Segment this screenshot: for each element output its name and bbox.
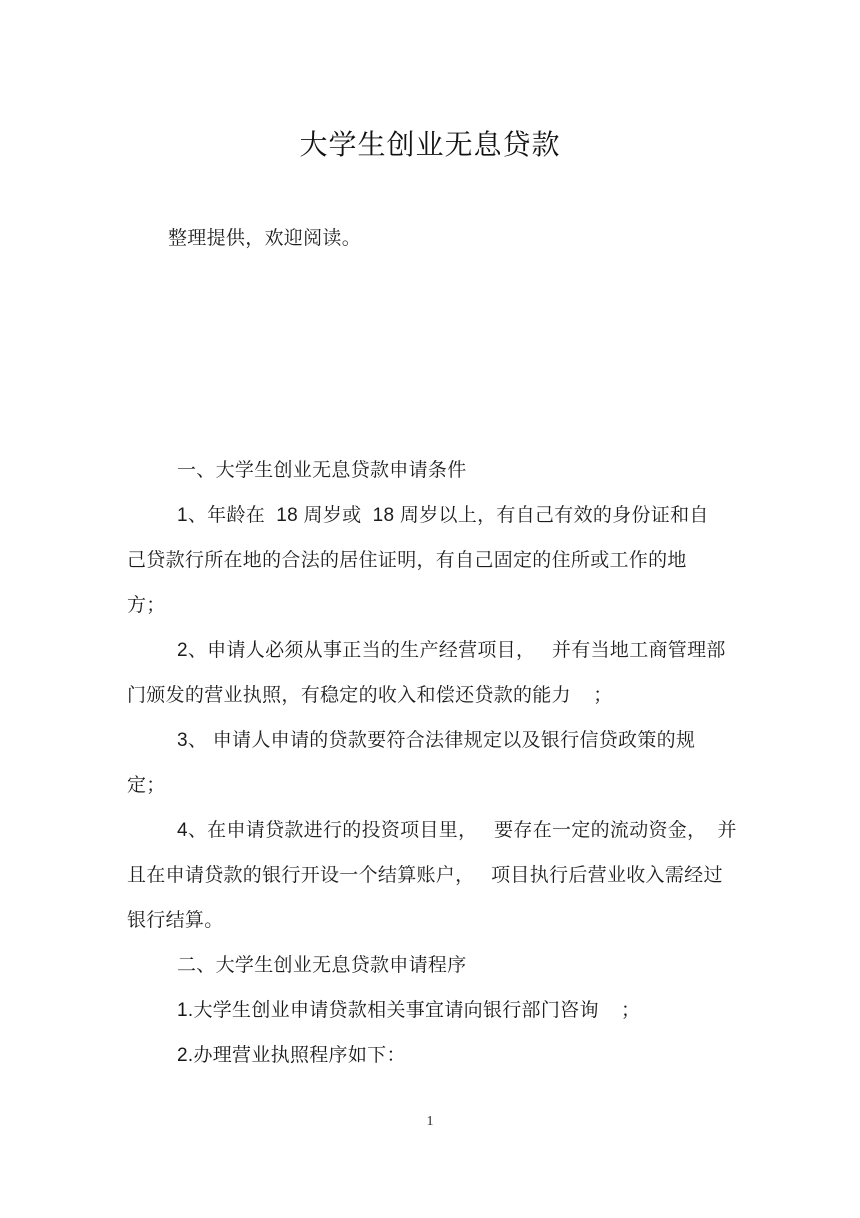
- intro-line: 整理提供，欢迎阅读。: [168, 226, 361, 252]
- text-line: 二、大学生创业无息贷款申请程序: [127, 943, 727, 988]
- text-line: 3、 申请人申请的贷款要符合法律规定以及银行信贷政策的规: [127, 718, 727, 763]
- text-line: 己贷款行所在地的合法的居住证明，有自己固定的住所或工作的地: [127, 538, 727, 583]
- text-line: 一、大学生创业无息贷款申请条件: [127, 448, 727, 493]
- document-body: 一、大学生创业无息贷款申请条件1、年龄在 18 周岁或 18 周岁以上，有自己有…: [127, 448, 727, 1078]
- text-line: 2、申请人必须从事正当的生产经营项目， 并有当地工商管理部: [127, 628, 727, 673]
- text-line: 且在申请贷款的银行开设一个结算账户， 项目执行后营业收入需经过: [127, 853, 727, 898]
- text-line: 方；: [127, 583, 727, 628]
- text-line: 4、在申请贷款进行的投资项目里， 要存在一定的流动资金， 并: [127, 808, 727, 853]
- document-page: 大学生创业无息贷款 整理提供，欢迎阅读。 一、大学生创业无息贷款申请条件1、年龄…: [0, 0, 860, 1218]
- text-line: 2.办理营业执照程序如下：: [127, 1033, 727, 1078]
- text-line: 定；: [127, 763, 727, 808]
- text-line: 门颁发的营业执照，有稳定的收入和偿还贷款的能力 ；: [127, 673, 727, 718]
- page-number: 1: [0, 1112, 860, 1132]
- text-line: 1、年龄在 18 周岁或 18 周岁以上，有自己有效的身份证和自: [127, 493, 727, 538]
- text-line: 银行结算。: [127, 898, 727, 943]
- text-line: 1.大学生创业申请贷款相关事宜请向银行部门咨询 ；: [127, 988, 727, 1033]
- document-title: 大学生创业无息贷款: [0, 122, 860, 170]
